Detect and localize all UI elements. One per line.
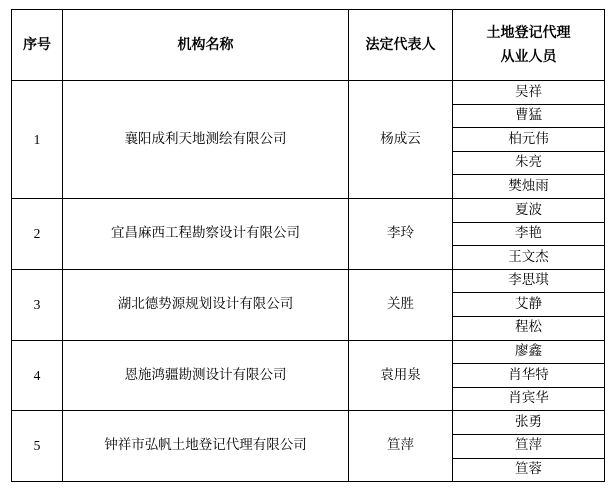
staff-name: 笪萍: [453, 434, 605, 458]
staff-name: 肖宾华: [453, 387, 605, 411]
staff-name: 夏波: [453, 198, 605, 222]
row-legal-rep: 李玲: [349, 198, 453, 269]
table-row: 4 恩施鸿疆勘测设计有限公司 袁用泉 廖鑫: [12, 340, 605, 364]
row-org-name: 宜昌麻西工程勘察设计有限公司: [63, 198, 349, 269]
table-row: 2 宜昌麻西工程勘察设计有限公司 李玲 夏波: [12, 198, 605, 222]
header-org-name: 机构名称: [63, 10, 349, 81]
header-staff-line1: 土地登记代理: [453, 26, 604, 40]
row-org-name: 湖北德势源规划设计有限公司: [63, 269, 349, 340]
row-legal-rep: 杨成云: [349, 81, 453, 199]
header-legal-rep: 法定代表人: [349, 10, 453, 81]
staff-name: 曹猛: [453, 104, 605, 128]
row-seq: 5: [12, 411, 63, 482]
row-seq: 4: [12, 340, 63, 411]
staff-name: 朱亮: [453, 151, 605, 175]
header-staff: 土地登记代理 从业人员: [453, 10, 605, 81]
header-staff-line2: 从业人员: [453, 50, 604, 64]
table-row: 3 湖北德势源规划设计有限公司 关胜 李思琪: [12, 269, 605, 293]
row-seq: 2: [12, 198, 63, 269]
staff-name: 笪蓉: [453, 458, 605, 482]
table-header-row: 序号 机构名称 法定代表人 土地登记代理 从业人员: [12, 10, 605, 81]
agency-registry-table: 序号 机构名称 法定代表人 土地登记代理 从业人员 1 襄阳成利天地测绘有限公司…: [11, 9, 605, 482]
row-org-name: 襄阳成利天地测绘有限公司: [63, 81, 349, 199]
staff-name: 艾静: [453, 293, 605, 317]
staff-name: 肖华特: [453, 364, 605, 388]
row-seq: 3: [12, 269, 63, 340]
row-org-name: 钟祥市弘帆土地登记代理有限公司: [63, 411, 349, 482]
row-seq: 1: [12, 81, 63, 199]
staff-name: 吴祥: [453, 81, 605, 105]
row-legal-rep: 笪萍: [349, 411, 453, 482]
staff-name: 樊烛雨: [453, 175, 605, 199]
staff-name: 王文杰: [453, 246, 605, 270]
table-row: 1 襄阳成利天地测绘有限公司 杨成云 吴祥: [12, 81, 605, 105]
row-org-name: 恩施鸿疆勘测设计有限公司: [63, 340, 349, 411]
staff-name: 柏元伟: [453, 128, 605, 152]
staff-name: 李艳: [453, 222, 605, 246]
row-legal-rep: 关胜: [349, 269, 453, 340]
staff-name: 廖鑫: [453, 340, 605, 364]
staff-name: 张勇: [453, 411, 605, 435]
header-seq: 序号: [12, 10, 63, 81]
row-legal-rep: 袁用泉: [349, 340, 453, 411]
staff-name: 李思琪: [453, 269, 605, 293]
table-row: 5 钟祥市弘帆土地登记代理有限公司 笪萍 张勇: [12, 411, 605, 435]
staff-name: 程松: [453, 316, 605, 340]
